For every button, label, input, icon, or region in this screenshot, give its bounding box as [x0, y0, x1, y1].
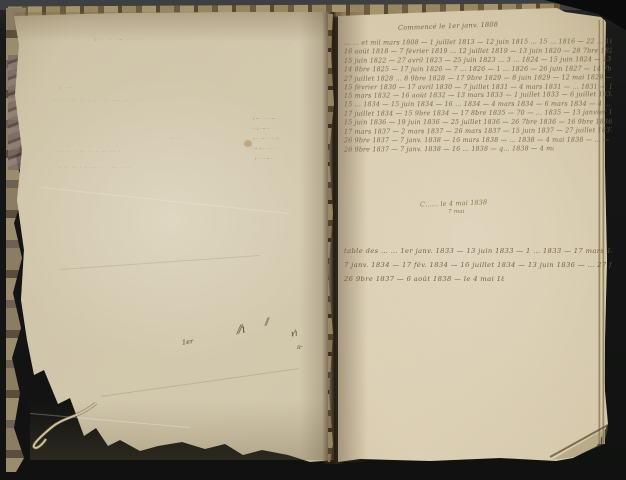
table-line: table des … … 1er janv. 1833 — 13 juin 1… [344, 247, 612, 255]
mid-heading-sub: 7 mai [448, 209, 478, 215]
table-line: 26 9bre 1837 — 6 août 1838 — le 4 mai 18… [344, 275, 504, 283]
binding-thread [20, 395, 110, 455]
faint-handwriting: ·– ·· – ·– · ·– ·· –– · [58, 150, 283, 155]
faint-note-block: ı··–~·– [255, 157, 317, 162]
faint-handwriting: ı- · ·– ·~ ·· –·- [95, 38, 230, 43]
handwriting-line: 26 9bre 1837 — 7 janv. 1838 — 16 mars 18… [344, 137, 612, 145]
ink-scribble: ı⁄ı [290, 329, 298, 339]
ink-scribble: ıı· [297, 344, 303, 351]
handwriting-line: 16 août 1818 — 7 février 1819 … 12 juill… [344, 48, 612, 56]
faint-handwriting: ı ··– [60, 86, 94, 91]
faint-note-block: ·~ı–··–· [252, 147, 322, 152]
paper-stain [244, 140, 252, 147]
faint-note-block: ı~·–··~–· [253, 117, 323, 122]
handwriting-line: 14 8bre 1825 — 17 juin 1826 — 7 … 1826 —… [344, 66, 612, 74]
faint-note-block: ı–·~··–·ı [253, 137, 325, 142]
handwriting-line: 15 … 1834 — 15 juin 1834 — 16 … 1834 — 4… [344, 101, 612, 109]
faint-handwriting: · –·· – [165, 137, 199, 142]
archive-scan: ı- · ·– ·~ ·· –·- ·‐· ı ··– –· ··– ·– ··… [0, 0, 626, 480]
table-line: 7 janv. 1834 — 17 fév. 1834 — 16 juillet… [344, 261, 612, 269]
faint-handwriting: –· ··– ·– ·· – – · ·– ··– –· · ·– · [52, 99, 302, 104]
faint-note-block: ·–ı·~–·· [251, 127, 325, 132]
handwriting-line: 15 juin 1836 — 19 juin 1836 — 25 juillet… [344, 119, 612, 127]
handwriting-line: 15 février 1830 — 17 avril 1830 — 7 juil… [344, 84, 612, 92]
faint-handwriting: – ·· ·– · – ·– ·· · –– · ·– [58, 166, 320, 171]
ink-scribble: 1er [181, 337, 193, 346]
handwriting-line: 26 9bre 1837 — 7 janv. 1838 — 16 … 1838 … [344, 145, 554, 153]
faint-handwriting: ·‐· [285, 42, 315, 47]
